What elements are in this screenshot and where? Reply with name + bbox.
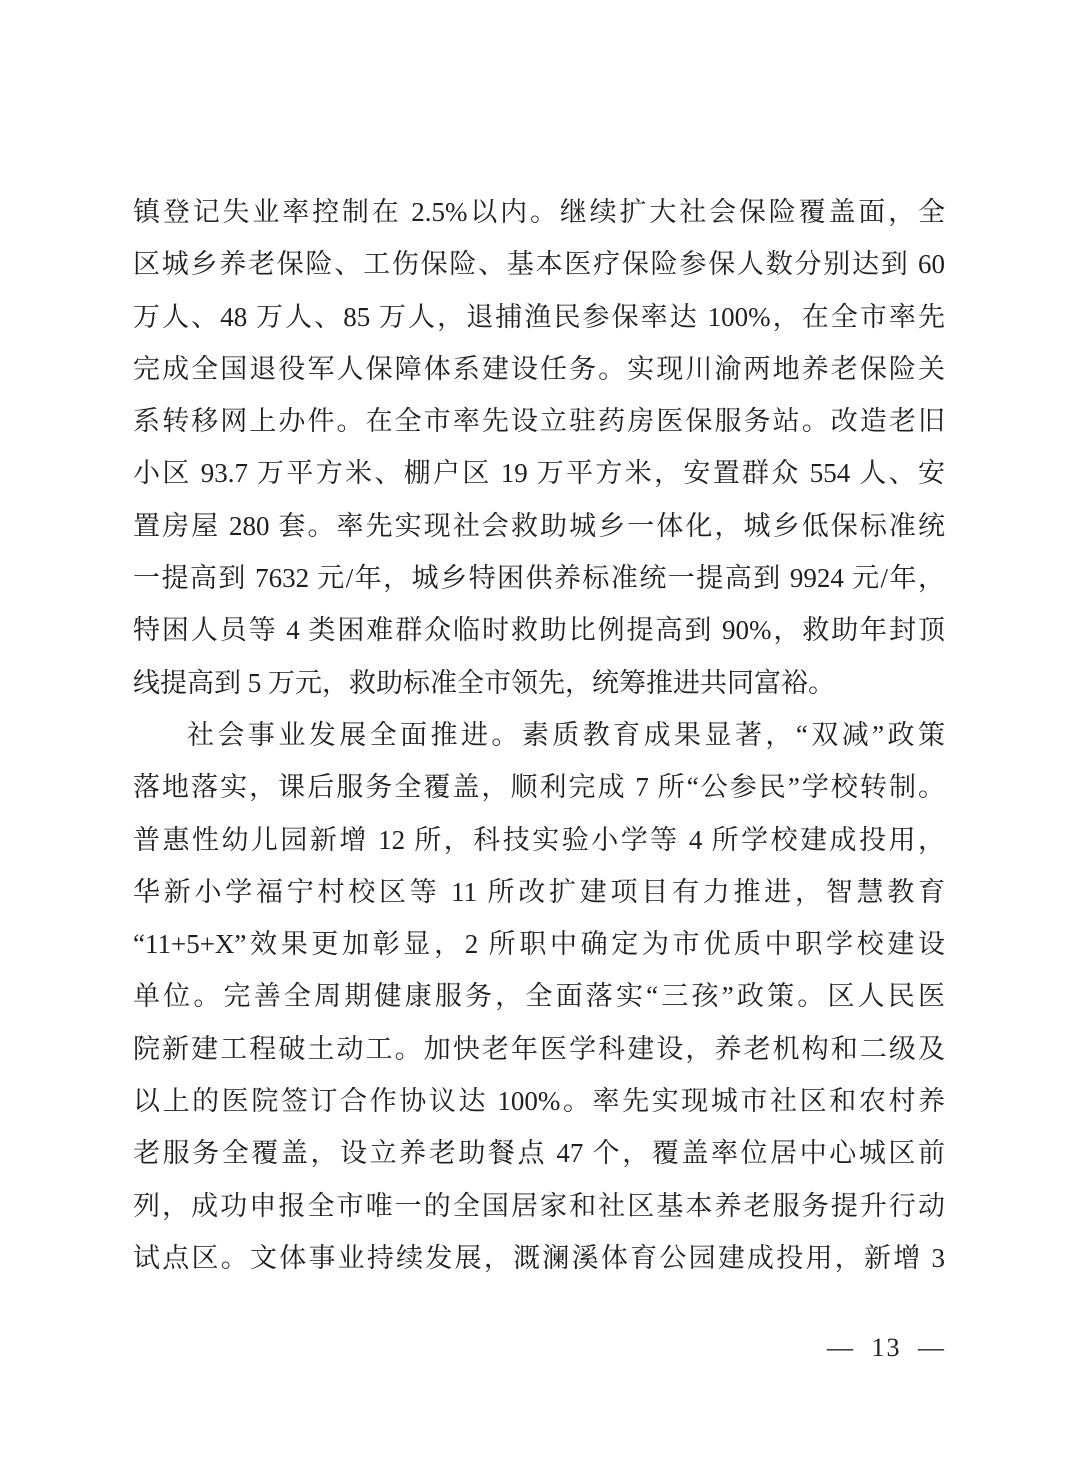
text-line: 区城乡养老保险、工伤保险、基本医疗保险参保人数分别达到 60 <box>133 238 945 290</box>
text-line: 试点区。文体事业持续发展，溉澜溪体育公园建成投用，新增 3 <box>133 1232 945 1284</box>
text-line: 完成全国退役军人保障体系建设任务。实现川渝两地养老保险关 <box>133 343 945 395</box>
text-line: 老服务全覆盖，设立养老助餐点 47 个，覆盖率位居中心城区前 <box>133 1127 945 1179</box>
text-line: 普惠性幼儿园新增 12 所，科技实验小学等 4 所学校建成投用， <box>133 814 945 866</box>
text-line: 系转移网上办件。在全市率先设立驻药房医保服务站。改造老旧 <box>133 395 945 447</box>
page-body-text: 镇登记失业率控制在 2.5%以内。继续扩大社会保险覆盖面，全区城乡养老保险、工伤… <box>133 186 945 1284</box>
text-line: 万人、48 万人、85 万人，退捕渔民参保率达 100%，在全市率先 <box>133 291 945 343</box>
document-page: 镇登记失业率控制在 2.5%以内。继续扩大社会保险覆盖面，全区城乡养老保险、工伤… <box>0 0 1074 1458</box>
text-line: 镇登记失业率控制在 2.5%以内。继续扩大社会保险覆盖面，全 <box>133 186 945 238</box>
text-line: 小区 93.7 万平方米、棚户区 19 万平方米，安置群众 554 人、安 <box>133 447 945 499</box>
text-line: “11+5+X”效果更加彰显，2 所职中确定为市优质中职学校建设 <box>133 918 945 970</box>
text-line: 单位。完善全周期健康服务，全面落实“三孩”政策。区人民医 <box>133 970 945 1022</box>
text-line: 置房屋 280 套。率先实现社会救助城乡一体化，城乡低保标准统 <box>133 500 945 552</box>
text-line: 一提高到 7632 元/年，城乡特困供养标准统一提高到 9924 元/年， <box>133 552 945 604</box>
text-line: 院新建工程破土动工。加快老年医学科建设，养老机构和二级及 <box>133 1023 945 1075</box>
text-line: 落地落实，课后服务全覆盖，顺利完成 7 所“公参民”学校转制。 <box>133 761 945 813</box>
text-line: 特困人员等 4 类困难群众临时救助比例提高到 90%，救助年封顶 <box>133 604 945 656</box>
text-line: 社会事业发展全面推进。素质教育成果显著，“双减”政策 <box>133 709 945 761</box>
text-line: 华新小学福宁村校区等 11 所改扩建项目有力推进，智慧教育 <box>133 866 945 918</box>
text-line: 线提高到 5 万元，救助标准全市领先，统筹推进共同富裕。 <box>133 657 945 709</box>
text-line: 以上的医院签订合作协议达 100%。率先实现城市社区和农村养 <box>133 1075 945 1127</box>
page-number: — 13 — <box>827 1330 946 1366</box>
text-line: 列，成功申报全市唯一的全国居家和社区基本养老服务提升行动 <box>133 1180 945 1232</box>
